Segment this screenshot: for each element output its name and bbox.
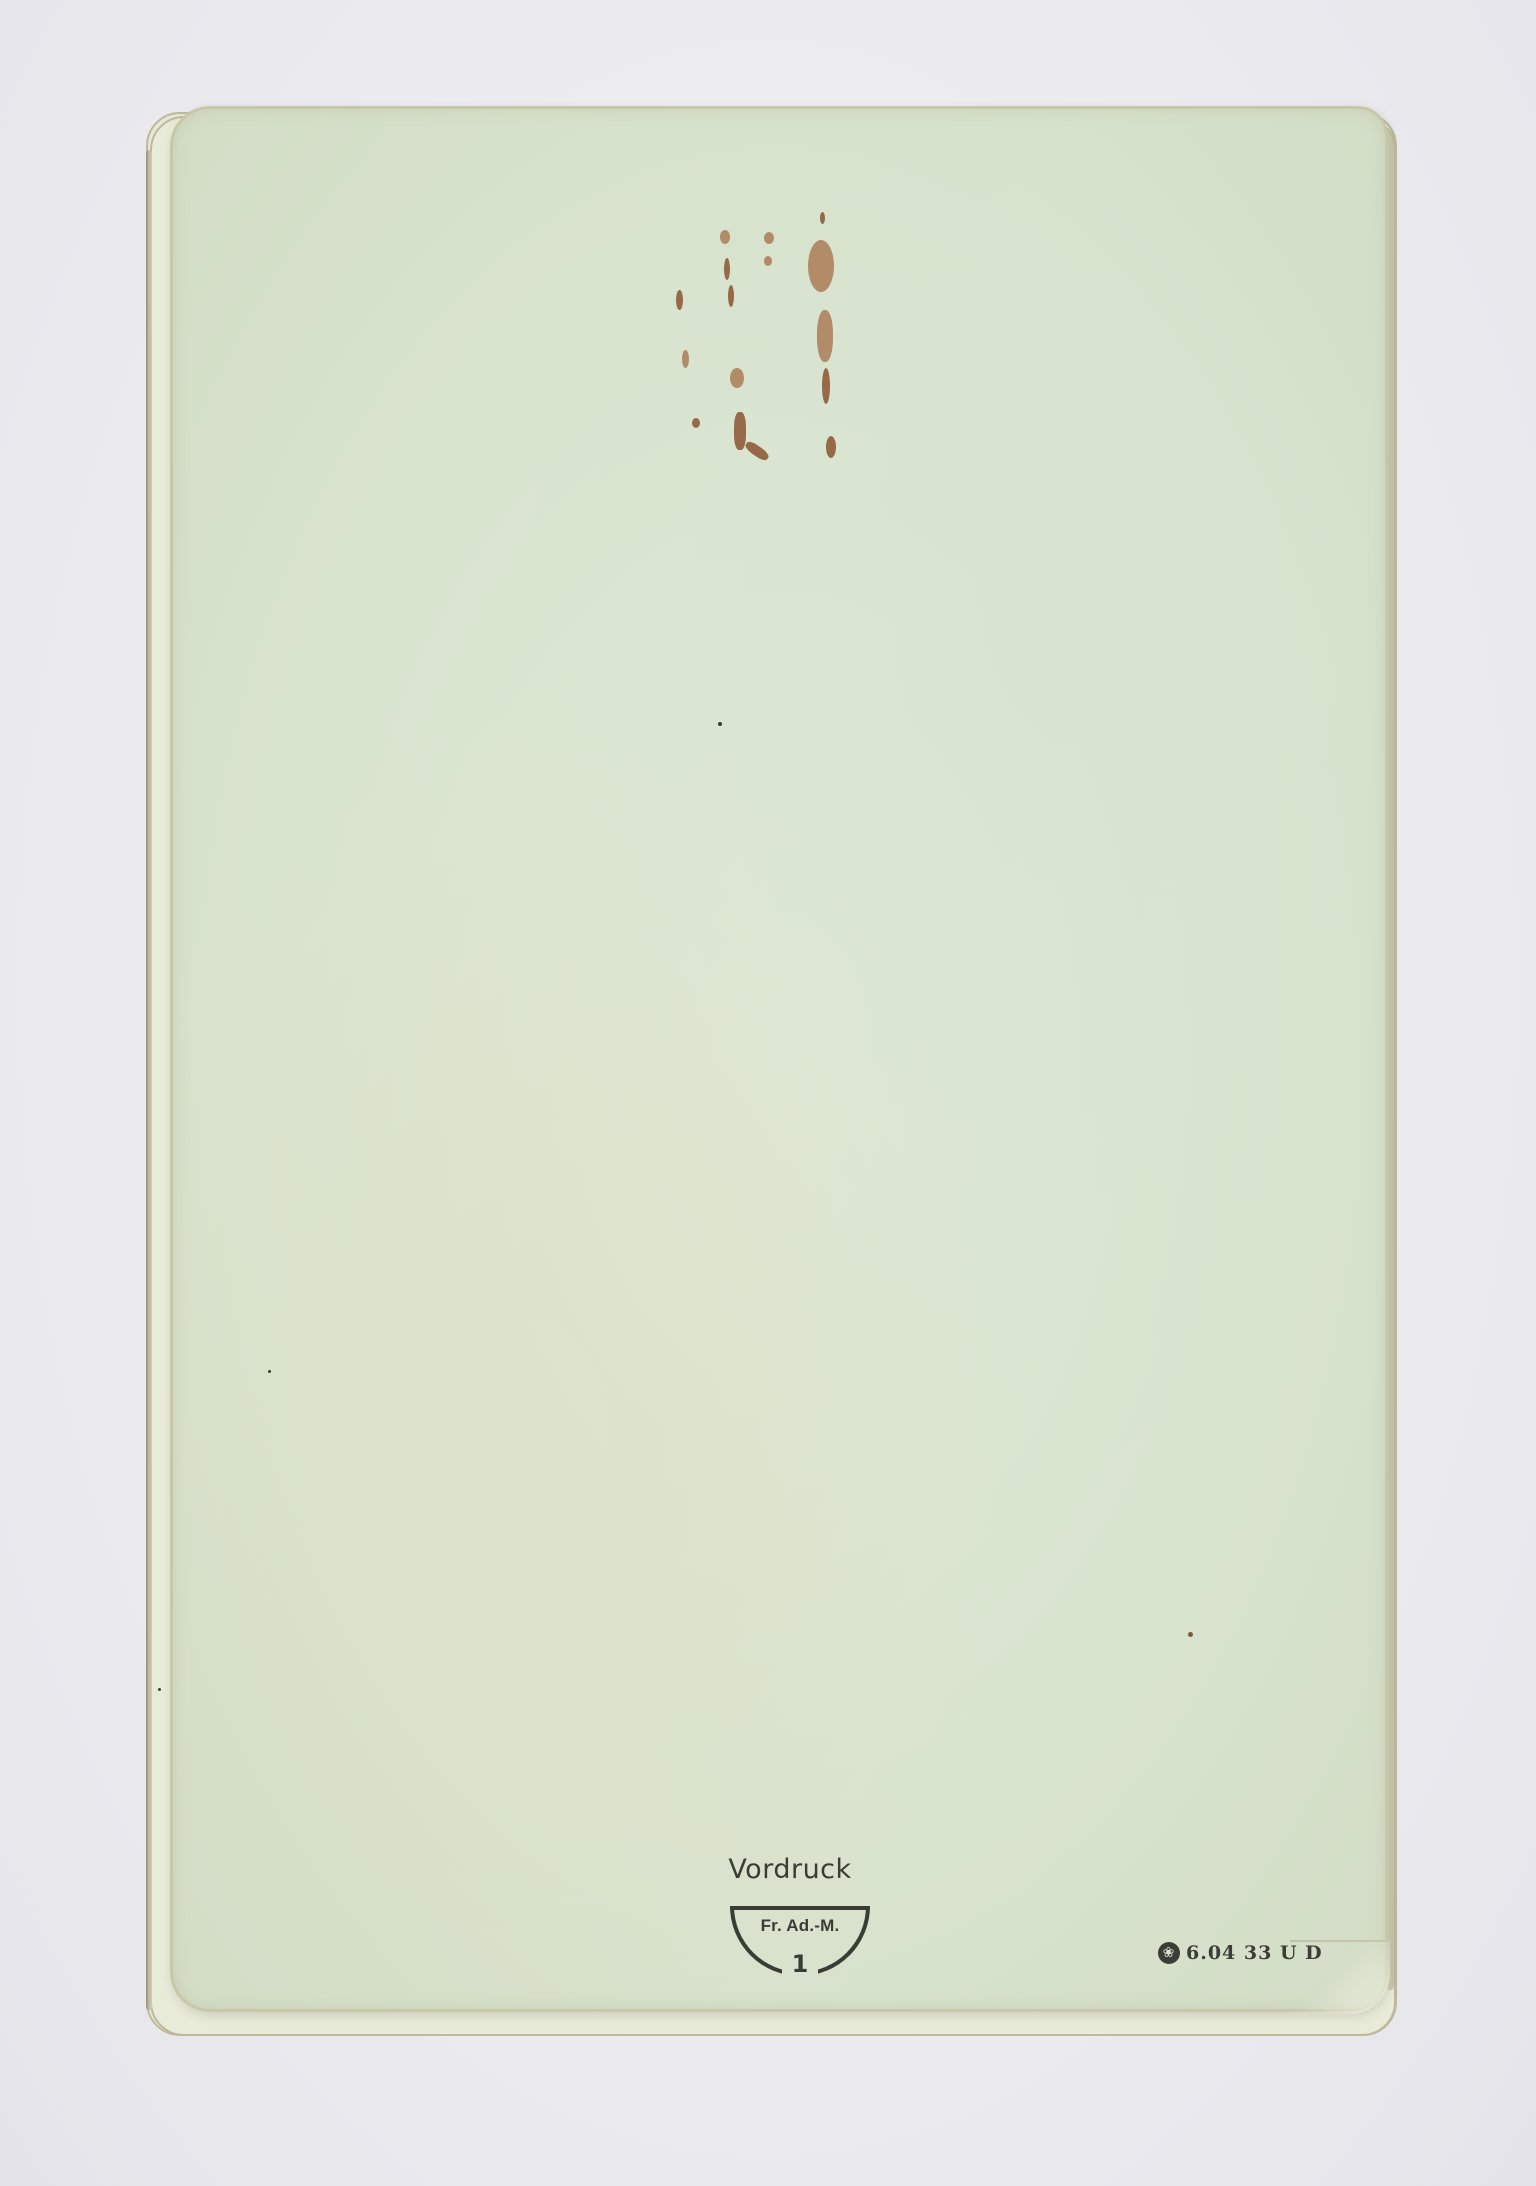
stain-mark [743,439,770,462]
stain-mark [817,310,833,362]
stain-mark [724,258,730,280]
rust-stains [640,190,840,490]
stain-mark [682,350,689,368]
imprint-title: Vordruck [700,1854,880,1885]
stain-mark [730,368,744,388]
paper-speck [268,1370,271,1373]
paper-speck [718,722,722,726]
stain-mark [764,256,772,266]
imprint-subtitle: Fr. Ad.-M. [730,1916,870,1936]
stain-mark [820,212,825,224]
stain-mark [822,368,830,404]
printer-mark-icon: ❀ [1158,1942,1180,1964]
stain-mark [764,232,774,244]
stain-mark [826,436,836,458]
stain-mark [692,418,700,428]
paper-speck [1188,1632,1193,1637]
stain-mark [728,285,734,307]
stain-mark [808,240,834,292]
print-code: ❀ 6.04 33 U D [1158,1942,1323,1964]
card-left-edge [146,150,152,2010]
paper-speck [158,1688,161,1691]
imprint-number: 1 [730,1950,870,1978]
vordruck-imprint: Vordruck Fr. Ad.-M. 1 [700,1850,880,1980]
stain-mark [720,230,730,244]
print-code-text: 6.04 33 U D [1186,1942,1323,1964]
stain-mark [676,290,683,310]
